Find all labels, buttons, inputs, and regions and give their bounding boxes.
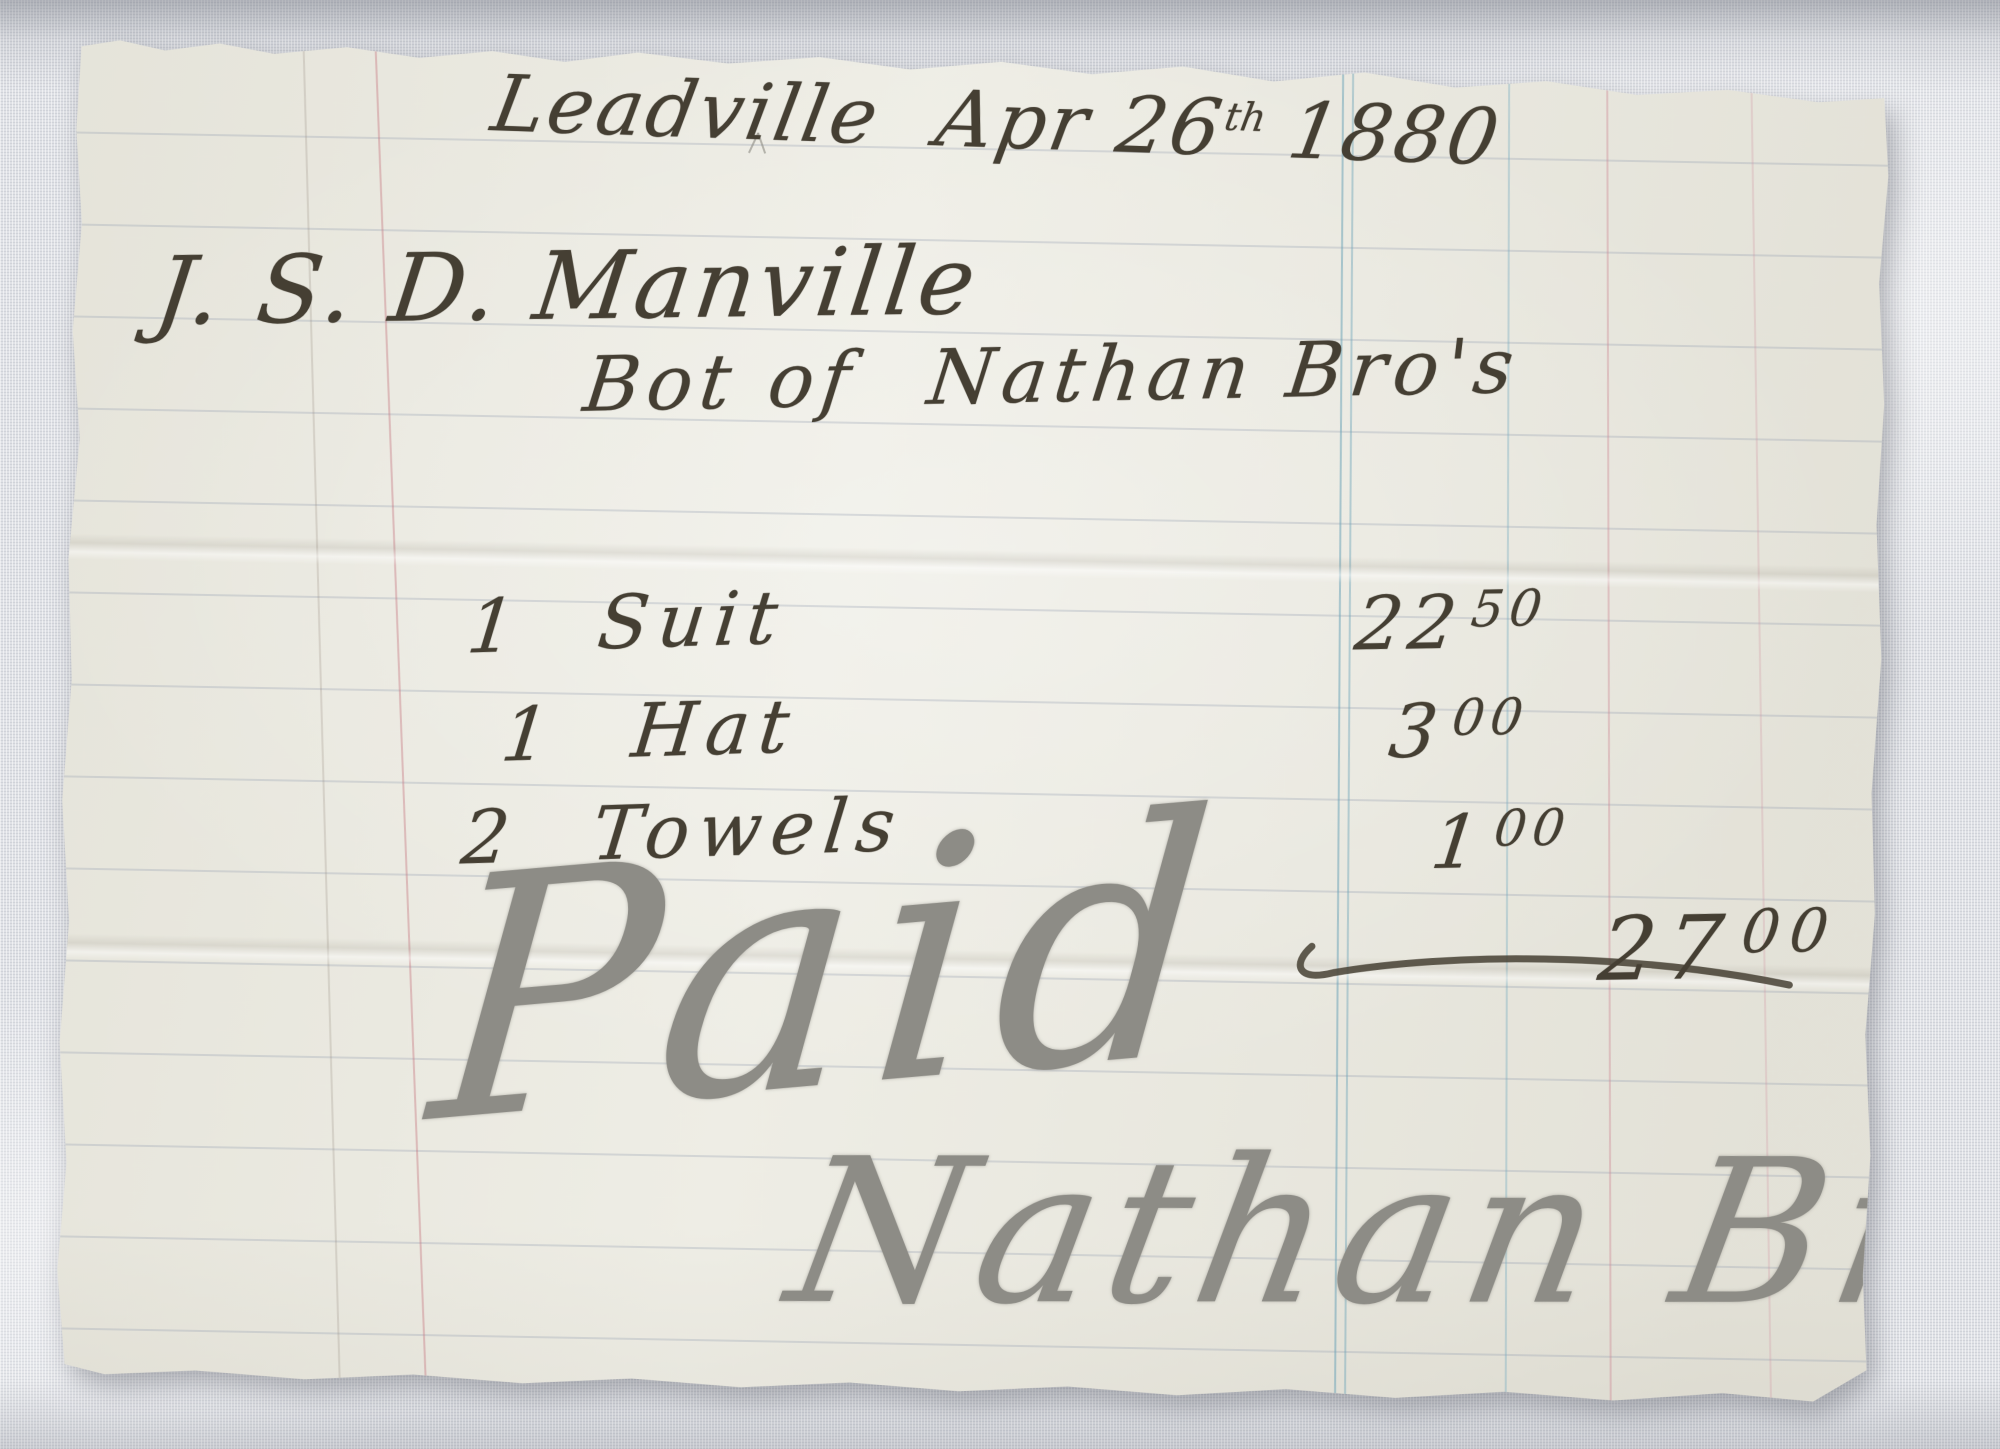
item-name: Towels <box>588 782 908 878</box>
amount-cents: 50 <box>1468 578 1551 638</box>
item-name: Hat <box>628 683 803 774</box>
item-amount-towels: 100 <box>1427 803 1573 881</box>
item-qty: 2 <box>457 794 523 882</box>
total-cents: 00 <box>1738 896 1843 968</box>
date: Apr 26th1880 <box>930 75 1508 184</box>
date-day-suffix: th <box>1221 95 1270 141</box>
item-name: Suit <box>594 575 791 667</box>
item-qty: 1 <box>497 691 563 779</box>
date-month-day: Apr 26 <box>930 75 1231 174</box>
vendor-signature: Nathan Bros <box>777 1133 2000 1334</box>
paper-surface: LeadvilleApr 26th1880 J. S. D. Manville … <box>50 35 1892 1410</box>
customer-name: J. S. D. Manville <box>150 235 984 340</box>
place-name: Leadville <box>485 59 887 162</box>
vendor-name: Nathan Bro's <box>923 321 1525 422</box>
total-dollars: 27 <box>1594 896 1739 1001</box>
total-amount: 2700 <box>1595 902 1842 994</box>
amount-cents: 00 <box>1491 797 1574 857</box>
amount-dollars: 3 <box>1385 688 1449 775</box>
item-row-towels: 2 Towels <box>458 788 908 876</box>
item-amount-hat: 300 <box>1385 692 1531 770</box>
item-amount-suit: 2250 <box>1351 583 1550 661</box>
item-qty: 1 <box>463 583 529 671</box>
bought-of-label: Bot of <box>579 334 862 429</box>
amount-cents: 00 <box>1449 687 1532 747</box>
bought-of-line: Bot ofNathan Bro's <box>580 328 1525 423</box>
receipt-photo: LeadvilleApr 26th1880 J. S. D. Manville … <box>0 0 2000 1449</box>
receipt-paper: LeadvilleApr 26th1880 J. S. D. Manville … <box>50 35 1892 1410</box>
amount-dollars: 1 <box>1427 799 1491 886</box>
amount-dollars: 22 <box>1351 580 1468 668</box>
item-row-hat: 1 Hat <box>498 689 802 772</box>
date-year: 1880 <box>1282 87 1508 184</box>
item-row-suit: 1 Suit <box>464 581 790 665</box>
